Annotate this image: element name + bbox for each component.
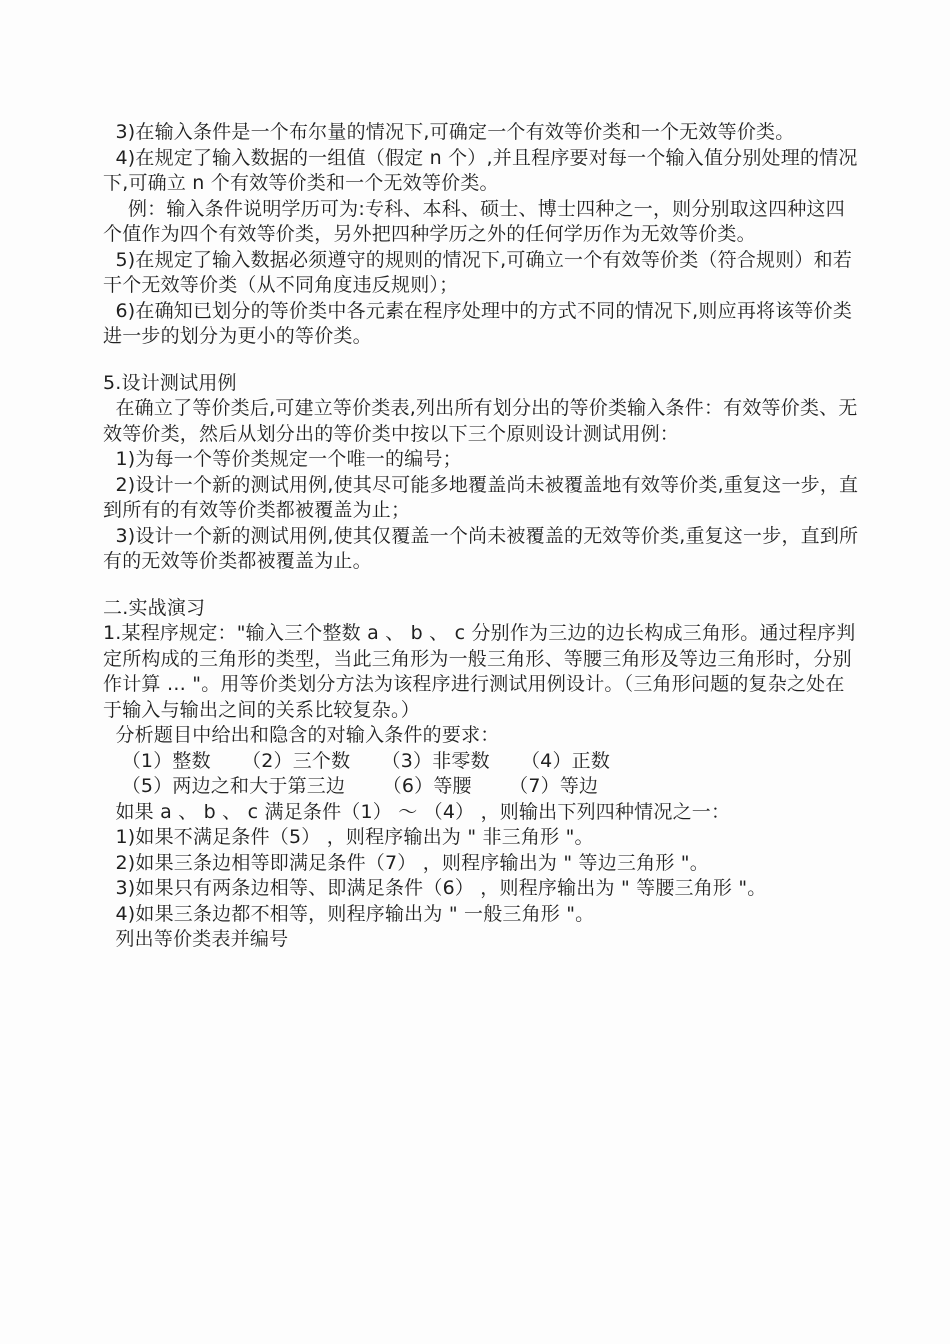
text-line: 5)在规定了输入数据必须遵守的规则的情况下,可确立一个有效等价类（符合规则）和若 — [103, 248, 860, 274]
text-line: 到所有的有效等价类都被覆盖为止； — [103, 498, 860, 524]
text-line: 二.实战演习 — [103, 596, 860, 622]
text-line: 下,可确立 n 个有效等价类和一个无效等价类。 — [103, 171, 860, 197]
text-line: 3)设计一个新的测试用例,使其仅覆盖一个尚未被覆盖的无效等价类,重复这一步，直到… — [103, 524, 860, 550]
text-line: 例：输入条件说明学历可为:专科、本科、硕士、博士四种之一，则分别取这四种这四 — [103, 197, 860, 223]
text-line: 定所构成的三角形的类型，当此三角形为一般三角形、等腰三角形及等边三角形时，分别 — [103, 647, 860, 673]
text-line: 3)在输入条件是一个布尔量的情况下,可确定一个有效等价类和一个无效等价类。 — [103, 120, 860, 146]
section-design-test-cases: 5.设计测试用例 在确立了等价类后,可建立等价类表,列出所有划分出的等价类输入条… — [103, 371, 860, 575]
text-line: 1.某程序规定："输入三个整数 a 、 b 、 c 分别作为三边的边长构成三角形… — [103, 621, 860, 647]
text-line: 3)如果只有两条边相等、即满足条件（6） ，则程序输出为 " 等腰三角形 "。 — [103, 876, 860, 902]
document-page: 3)在输入条件是一个布尔量的情况下,可确定一个有效等价类和一个无效等价类。 4)… — [0, 0, 950, 1344]
text-line: （1）整数 （2）三个数 （3）非零数 （4）正数 — [103, 749, 860, 775]
text-line: 有的无效等价类都被覆盖为止。 — [103, 549, 860, 575]
text-line: 个值作为四个有效等价类，另外把四种学历之外的任何学历作为无效等价类。 — [103, 222, 860, 248]
text-line: 作计算 … "。用等价类划分方法为该程序进行测试用例设计。（三角形问题的复杂之处… — [103, 672, 860, 698]
text-line: 6)在确知已划分的等价类中各元素在程序处理中的方式不同的情况下,则应再将该等价类 — [103, 299, 860, 325]
text-line: 在确立了等价类后,可建立等价类表,列出所有划分出的等价类输入条件：有效等价类、无 — [103, 396, 860, 422]
text-line: （5）两边之和大于第三边 （6）等腰 （7）等边 — [103, 774, 860, 800]
text-line: 5.设计测试用例 — [103, 371, 860, 397]
document-body: 3)在输入条件是一个布尔量的情况下,可确定一个有效等价类和一个无效等价类。 4)… — [103, 120, 860, 953]
text-line: 2)如果三条边相等即满足条件（7） ，则程序输出为 " 等边三角形 "。 — [103, 851, 860, 877]
text-line: 4)如果三条边都不相等，则程序输出为 " 一般三角形 "。 — [103, 902, 860, 928]
text-line: 效等价类，然后从划分出的等价类中按以下三个原则设计测试用例： — [103, 422, 860, 448]
section-equivalence-class-rules: 3)在输入条件是一个布尔量的情况下,可确定一个有效等价类和一个无效等价类。 4)… — [103, 120, 860, 350]
text-line: 1)为每一个等价类规定一个唯一的编号； — [103, 447, 860, 473]
text-line: 如果 a 、 b 、 c 满足条件（1） ～ （4） ，则输出下列四种情况之一： — [103, 800, 860, 826]
text-line: 分析题目中给出和隐含的对输入条件的要求： — [103, 723, 860, 749]
text-line: 进一步的划分为更小的等价类。 — [103, 324, 860, 350]
text-line: 1)如果不满足条件（5） ，则程序输出为 " 非三角形 "。 — [103, 825, 860, 851]
text-line: 2)设计一个新的测试用例,使其尽可能多地覆盖尚未被覆盖地有效等价类,重复这一步，… — [103, 473, 860, 499]
text-line: 干个无效等价类（从不同角度违反规则）； — [103, 273, 860, 299]
text-line: 4)在规定了输入数据的一组值（假定 n 个）,并且程序要对每一个输入值分别处理的… — [103, 146, 860, 172]
text-line: 于输入与输出之间的关系比较复杂。） — [103, 698, 860, 724]
section-practice-exercise: 二.实战演习1.某程序规定："输入三个整数 a 、 b 、 c 分别作为三边的边… — [103, 596, 860, 953]
text-line: 列出等价类表并编号 — [103, 927, 860, 953]
